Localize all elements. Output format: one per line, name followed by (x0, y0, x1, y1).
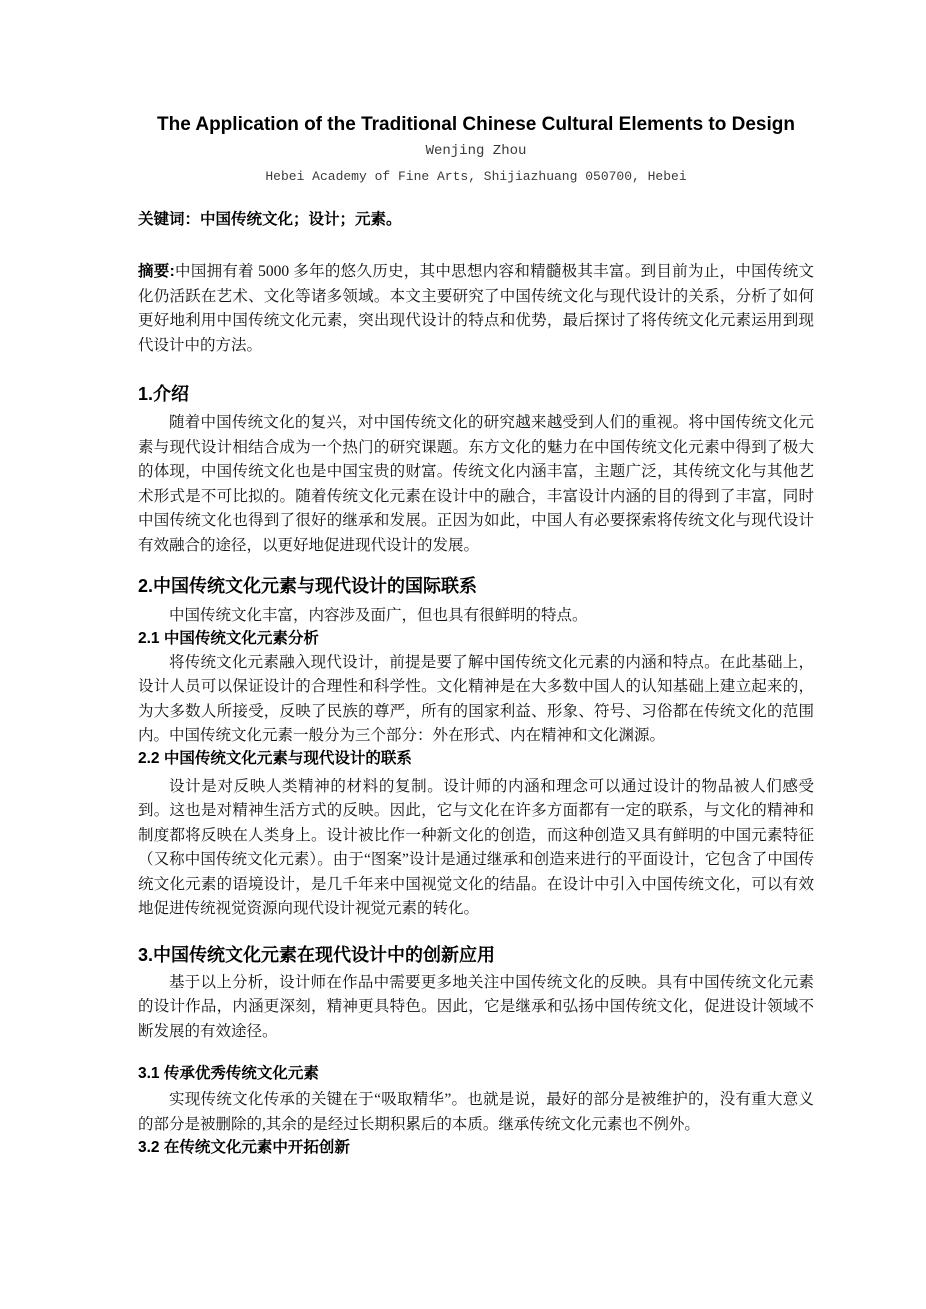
author-name: Wenjing Zhou (138, 143, 814, 160)
document-page: The Application of the Traditional Chine… (0, 0, 926, 1309)
heading-1-intro: 1.介绍 (138, 383, 814, 405)
heading-3-1: 3.1 传承优秀传统文化元素 (138, 1064, 814, 1084)
abstract-paragraph: 摘要:中国拥有着 5000 多年的悠久历史，其中思想内容和精髓极其丰富。到目前为… (138, 260, 814, 358)
keywords-line: 关键词：中国传统文化；设计；元素。 (138, 210, 814, 230)
heading-3: 3.中国传统文化元素在现代设计中的创新应用 (138, 944, 814, 966)
abstract-label: 摘要: (138, 263, 175, 280)
paragraph-2-2: 设计是对反映人类精神的材料的复制。设计师的内涵和理念可以通过设计的物品被人们感受… (138, 775, 814, 922)
abstract-text: 中国拥有着 5000 多年的悠久历史，其中思想内容和精髓极其丰富。到目前为止，中… (138, 263, 814, 354)
paragraph-1-intro: 随着中国传统文化的复兴，对中国传统文化的研究越来越受到人们的重视。将中国传统文化… (138, 411, 814, 558)
paragraph-2-1: 将传统文化元素融入现代设计，前提是要了解中国传统文化元素的内涵和特点。在此基础上… (138, 651, 814, 749)
document-content: The Application of the Traditional Chine… (138, 0, 814, 1158)
keywords-text: 中国传统文化；设计；元素。 (200, 211, 402, 228)
paragraph-2: 中国传统文化丰富，内容涉及面广，但也具有很鲜明的特点。 (138, 604, 814, 629)
heading-2-2: 2.2 中国传统文化元素与现代设计的联系 (138, 749, 814, 769)
page-title: The Application of the Traditional Chine… (138, 113, 814, 137)
heading-3-2: 3.2 在传统文化元素中开拓创新 (138, 1138, 814, 1158)
paragraph-3: 基于以上分析，设计师在作品中需要更多地关注中国传统文化的反映。具有中国传统文化元… (138, 971, 814, 1045)
heading-2: 2.中国传统文化元素与现代设计的国际联系 (138, 575, 814, 597)
keywords-label: 关键词： (138, 211, 200, 228)
heading-2-1: 2.1 中国传统文化元素分析 (138, 629, 814, 649)
affiliation: Hebei Academy of Fine Arts, Shijiazhuang… (138, 168, 814, 185)
paragraph-3-1: 实现传统文化传承的关键在于“吸取精华”。也就是说，最好的部分是被维护的，没有重大… (138, 1088, 814, 1137)
